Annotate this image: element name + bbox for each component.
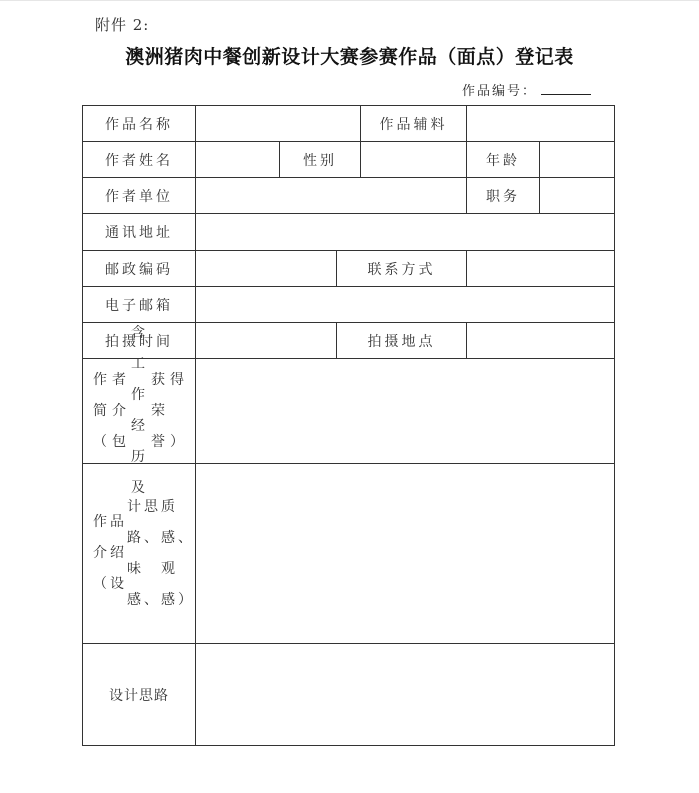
shoot-time-field[interactable] [195,322,337,359]
gender-field[interactable] [360,141,467,178]
position-field[interactable] [539,177,615,214]
label-contact: 联系方式 [336,250,467,287]
label-address: 通讯地址 [82,213,196,251]
registration-form-table: 作品名称 作品辅料 作者姓名 性别 年龄 作者单位 职务 通讯地址 邮政编码 联… [83,106,615,746]
label-gender: 性别 [279,141,361,178]
serial-number-label: 作品编号： [462,84,537,99]
employer-field[interactable] [195,177,467,214]
serial-number-blank[interactable] [541,82,591,95]
email-field[interactable] [195,286,615,323]
label-author-bio-line-3: 获得荣誉） [151,365,189,458]
author-bio-field[interactable] [195,358,615,464]
label-position: 职务 [466,177,540,214]
author-name-field[interactable] [195,141,280,178]
label-work-intro-line-1: 作品介绍（设 [93,507,127,600]
address-field[interactable] [195,213,615,251]
top-border [0,0,699,1]
label-work-intro-line-2: 计思路、味感、 [127,492,161,616]
shoot-place-field[interactable] [466,322,615,359]
label-work-name: 作品名称 [82,105,196,142]
postcode-field[interactable] [195,250,337,287]
page-title: 澳洲猪肉中餐创新设计大赛参赛作品（面点）登记表 [0,42,699,69]
attachment-label: 附件 2: [95,14,149,35]
work-intro-field[interactable] [195,463,615,644]
label-work-intro: 作品介绍（设 计思路、味感、 质感、观感） [82,463,196,644]
label-work-intro-line-3: 质感、观感） [161,492,195,616]
label-employer: 作者单位 [82,177,196,214]
work-name-field[interactable] [195,105,361,142]
label-design-concept: 设计思路 [82,643,196,746]
label-accessories: 作品辅料 [360,105,467,142]
label-author-bio-line-1: 作者简介（包 [93,365,131,458]
contact-field[interactable] [466,250,615,287]
design-concept-field[interactable] [195,643,615,746]
label-postcode: 邮政编码 [82,250,196,287]
age-field[interactable] [539,141,615,178]
accessories-field[interactable] [466,105,615,142]
serial-number-field: 作品编号： [462,80,591,99]
label-shoot-place: 拍摄地点 [336,322,467,359]
label-author-bio: 作者简介（包 含工作经历及 获得荣誉） [82,358,196,464]
label-age: 年龄 [466,141,540,178]
label-author-name: 作者姓名 [82,141,196,178]
